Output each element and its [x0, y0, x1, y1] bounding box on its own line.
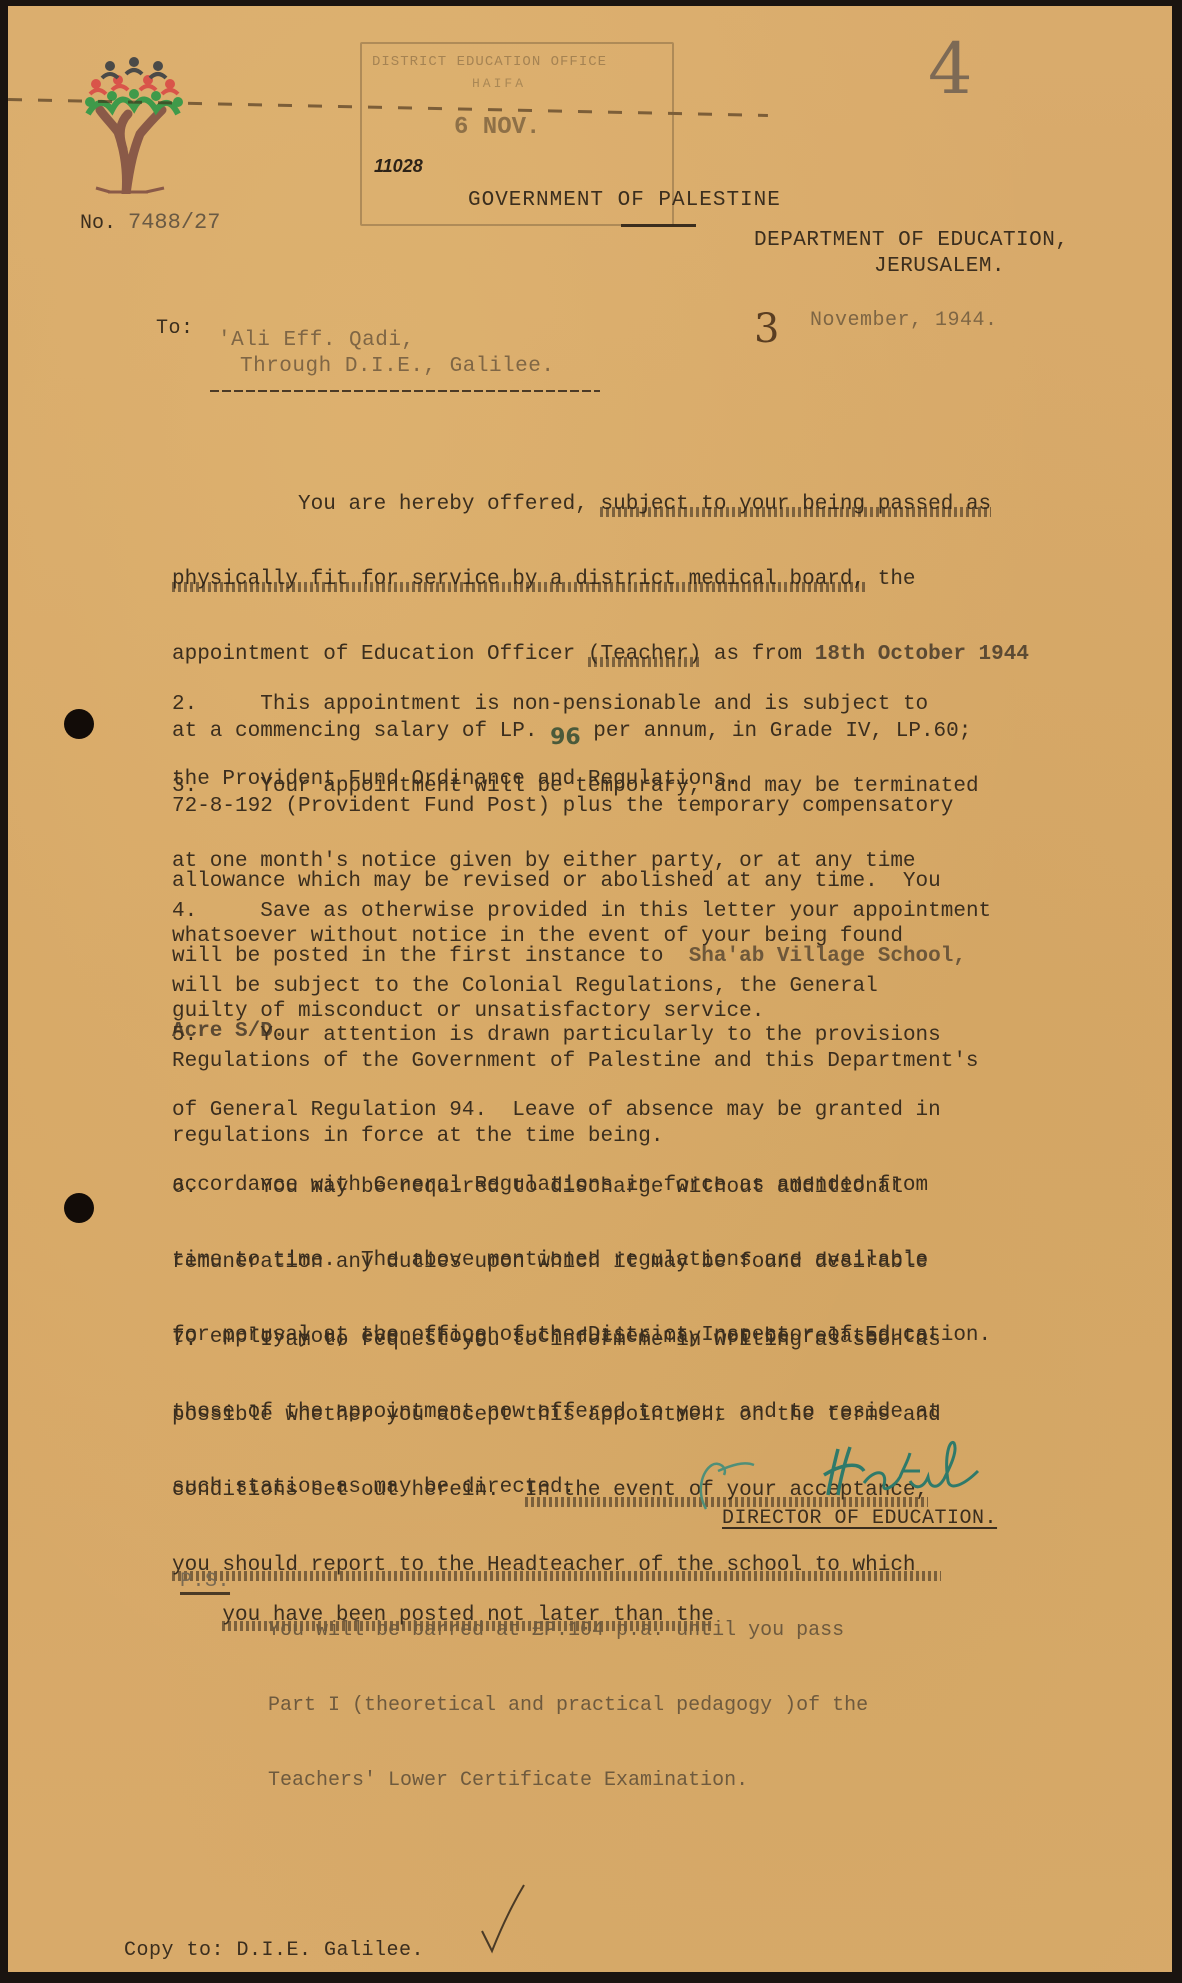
postscript-label: P.S.	[180, 1569, 230, 1594]
paragraph-number: 7.	[172, 1329, 197, 1352]
letter-page: DISTRICT EDUCATION OFFICE HAIFA 6 NOV. 1…	[8, 6, 1172, 1972]
addressee-label: To:	[156, 316, 194, 341]
paragraph-number: 4.	[172, 900, 197, 923]
checkmark-icon	[478, 1881, 528, 1956]
handwritten-page-number: 4	[928, 28, 973, 110]
stamp-date: 6 NOV.	[454, 114, 540, 141]
struck-text: physically fit for service by a district…	[172, 568, 865, 591]
copy-to-line: Copy to: D.I.E. Galilee.	[124, 1938, 424, 1963]
paragraph-number: 3.	[172, 775, 197, 798]
signatory-title: DIRECTOR OF EDUCATION.	[722, 1506, 997, 1531]
handwritten-signature	[688, 1431, 1028, 1511]
government-heading: GOVERNMENT OF PALESTINE	[468, 188, 781, 213]
addressee-name: 'Ali Eff. Qadi,	[218, 328, 415, 353]
reference-value: 7488/27	[128, 210, 220, 235]
struck-text: subject to your being passed as	[600, 493, 991, 516]
department-city: JERUSALEM.	[874, 254, 1005, 279]
p1-line-1: You are hereby offered, subject to your …	[172, 492, 1029, 517]
addressee-divider	[210, 390, 600, 392]
paragraph-number: 6.	[172, 1176, 197, 1199]
stamp-title: DISTRICT EDUCATION OFFICE	[372, 54, 607, 70]
p1-line-2: physically fit for service by a district…	[172, 567, 1029, 592]
addressee-through: Through D.I.E., Galilee.	[240, 354, 554, 379]
punch-hole	[64, 1193, 94, 1223]
reference-label: No.	[80, 212, 116, 235]
handwritten-day: 3	[754, 306, 779, 352]
postscript-text: You will be barred at £P.104 p.a. until …	[268, 1568, 868, 1843]
stamp-reference-number: 11028	[374, 156, 423, 177]
reference-number: No. 7488/27	[80, 210, 220, 235]
letter-date: November, 1944.	[810, 308, 998, 333]
punch-hole	[64, 709, 94, 739]
heading-underline	[621, 224, 696, 227]
archive-tree-logo-icon	[78, 54, 188, 194]
paragraph-number: 5.	[172, 1024, 197, 1047]
stamp-location: HAIFA	[472, 76, 526, 91]
paragraph-number: 2.	[172, 693, 197, 716]
department-name: DEPARTMENT OF EDUCATION,	[754, 228, 1068, 253]
